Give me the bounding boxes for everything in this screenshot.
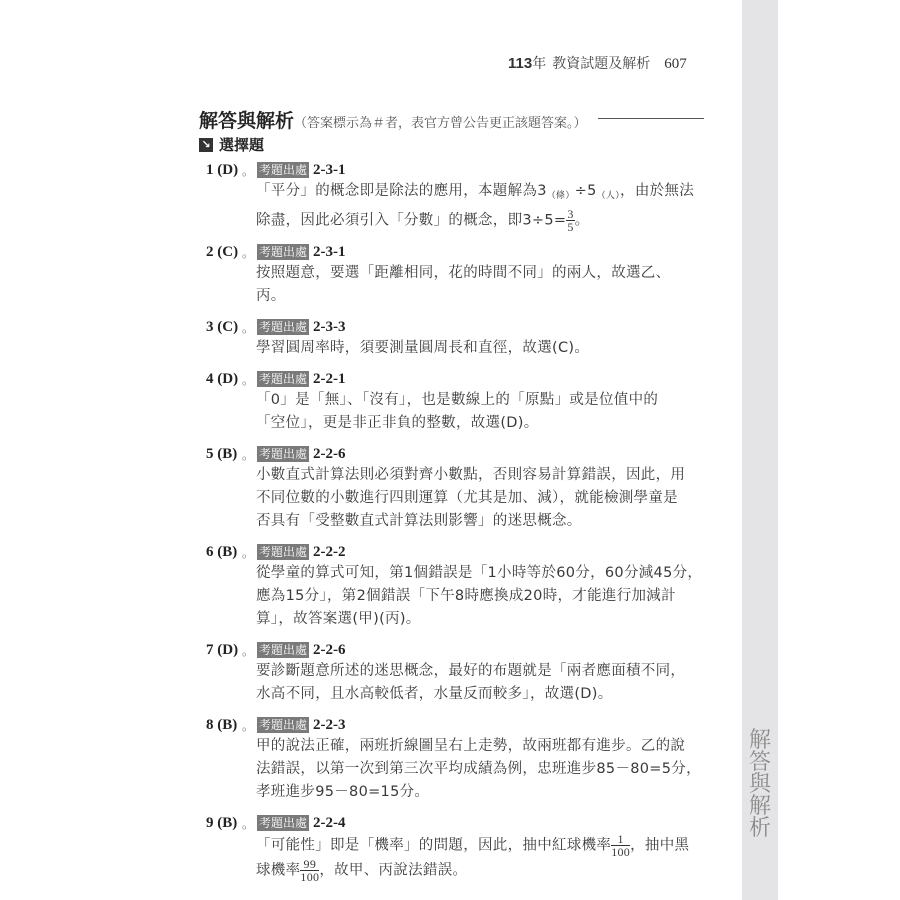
answer-item: 8 (B)。考題出處2-2-3 甲的說法正確，兩班折線圖呈右上走勢，故兩班都有進… bbox=[206, 715, 711, 804]
source-badge: 考題出處 bbox=[257, 244, 309, 260]
section-title: 解答與解析（答案標示為＃者，表官方曾公告更正該題答案。） bbox=[199, 106, 587, 133]
subsection-label: 選擇題 bbox=[219, 134, 264, 155]
answer-item: 7 (D)。考題出處2-2-6 要診斷題意所述的迷思概念，最好的布題就是「兩者應… bbox=[206, 640, 711, 706]
answer-item: 2 (C)。考題出處2-3-1 按照題意，要選「距離相同，花的時間不同」的兩人，… bbox=[206, 242, 711, 308]
answer-item: 6 (B)。考題出處2-2-2 從學童的算式可知，第1個錯誤是「1小時等於60分… bbox=[206, 542, 711, 631]
answer-explanation: 「可能性」即是「機率」的問題，因此，抽中紅球機率1100，抽中黑球機率99100… bbox=[256, 833, 711, 883]
source-code: 2-3-3 bbox=[313, 319, 346, 336]
answer-item: 3 (C)。考題出處2-3-3 學習圓周率時，須要測量圓周長和直徑，故選(C)。 bbox=[206, 317, 711, 360]
source-badge: 考題出處 bbox=[257, 717, 309, 733]
source-code: 2-2-2 bbox=[313, 544, 346, 561]
answer-number: 8 (B) bbox=[206, 717, 240, 734]
answer-explanation: 甲的說法正確，兩班折線圖呈右上走勢，故兩班都有進步。乙的說法錯誤，以第一次到第三… bbox=[256, 735, 711, 804]
source-code: 2-3-1 bbox=[313, 162, 346, 179]
answer-item: 4 (D)。考題出處2-2-1 「0」是「無」、「沒有」，也是數線上的「原點」或… bbox=[206, 369, 711, 435]
source-badge: 考題出處 bbox=[257, 544, 309, 560]
answer-number: 9 (B) bbox=[206, 815, 240, 832]
running-header: 113年教資試題及解析607 bbox=[508, 53, 687, 73]
header-title: 教資試題及解析 bbox=[552, 56, 650, 72]
source-badge: 考題出處 bbox=[257, 371, 309, 387]
answer-number: 3 (C) bbox=[206, 319, 240, 336]
answer-number: 7 (D) bbox=[206, 642, 240, 659]
answer-explanation: 「平分」的概念即是除法的應用，本題解為3（條）÷5（人），由於無法除盡，因此必須… bbox=[256, 180, 711, 233]
page-number: 607 bbox=[664, 56, 687, 72]
subsection-heading: ↘ 選擇題 bbox=[199, 134, 264, 155]
answer-number: 6 (B) bbox=[206, 544, 240, 561]
source-code: 2-2-3 bbox=[313, 717, 346, 734]
side-tab-label: 解 答 與 解 析 bbox=[748, 730, 772, 840]
source-badge: 考題出處 bbox=[257, 642, 309, 658]
answer-number: 2 (C) bbox=[206, 244, 240, 261]
header-year: 113 bbox=[508, 55, 532, 72]
answer-number: 5 (B) bbox=[206, 446, 240, 463]
answer-explanation: 學習圓周率時，須要測量圓周長和直徑，故選(C)。 bbox=[256, 337, 711, 360]
source-code: 2-2-1 bbox=[313, 371, 346, 388]
answer-explanation: 「0」是「無」、「沒有」，也是數線上的「原點」或是位值中的「空位」，更是非正非負… bbox=[256, 389, 711, 435]
source-code: 2-2-4 bbox=[313, 815, 346, 832]
arrow-box-icon: ↘ bbox=[199, 138, 213, 152]
answer-explanation: 小數直式計算法則必須對齊小數點，否則容易計算錯誤，因此，用不同位數的小數進行四則… bbox=[256, 464, 711, 533]
source-code: 2-2-6 bbox=[313, 642, 346, 659]
section-title-main: 解答與解析 bbox=[199, 110, 294, 132]
section-note: （答案標示為＃者，表官方曾公告更正該題答案。） bbox=[294, 116, 587, 131]
answer-number: 1 (D) bbox=[206, 162, 240, 179]
source-badge: 考題出處 bbox=[257, 815, 309, 831]
header-year-suffix: 年 bbox=[532, 56, 546, 72]
answer-list: 1 (D)。考題出處2-3-1 「平分」的概念即是除法的應用，本題解為3（條）÷… bbox=[206, 160, 711, 892]
divider-rule bbox=[598, 118, 704, 119]
answer-explanation: 按照題意，要選「距離相同，花的時間不同」的兩人，故選乙、丙。 bbox=[256, 262, 711, 308]
source-badge: 考題出處 bbox=[257, 446, 309, 462]
answer-item: 9 (B)。考題出處2-2-4 「可能性」即是「機率」的問題，因此，抽中紅球機率… bbox=[206, 813, 711, 883]
answer-number: 4 (D) bbox=[206, 371, 240, 388]
source-code: 2-2-6 bbox=[313, 446, 346, 463]
source-badge: 考題出處 bbox=[257, 319, 309, 335]
answer-explanation: 要診斷題意所述的迷思概念，最好的布題就是「兩者應面積不同，水高不同，且水高較低者… bbox=[256, 660, 711, 706]
source-badge: 考題出處 bbox=[257, 162, 309, 178]
answer-item: 1 (D)。考題出處2-3-1 「平分」的概念即是除法的應用，本題解為3（條）÷… bbox=[206, 160, 711, 233]
answer-item: 5 (B)。考題出處2-2-6 小數直式計算法則必須對齊小數點，否則容易計算錯誤… bbox=[206, 444, 711, 533]
answer-explanation: 從學童的算式可知，第1個錯誤是「1小時等於60分，60分減45分，應為15分」，… bbox=[256, 562, 711, 631]
source-code: 2-3-1 bbox=[313, 244, 346, 261]
